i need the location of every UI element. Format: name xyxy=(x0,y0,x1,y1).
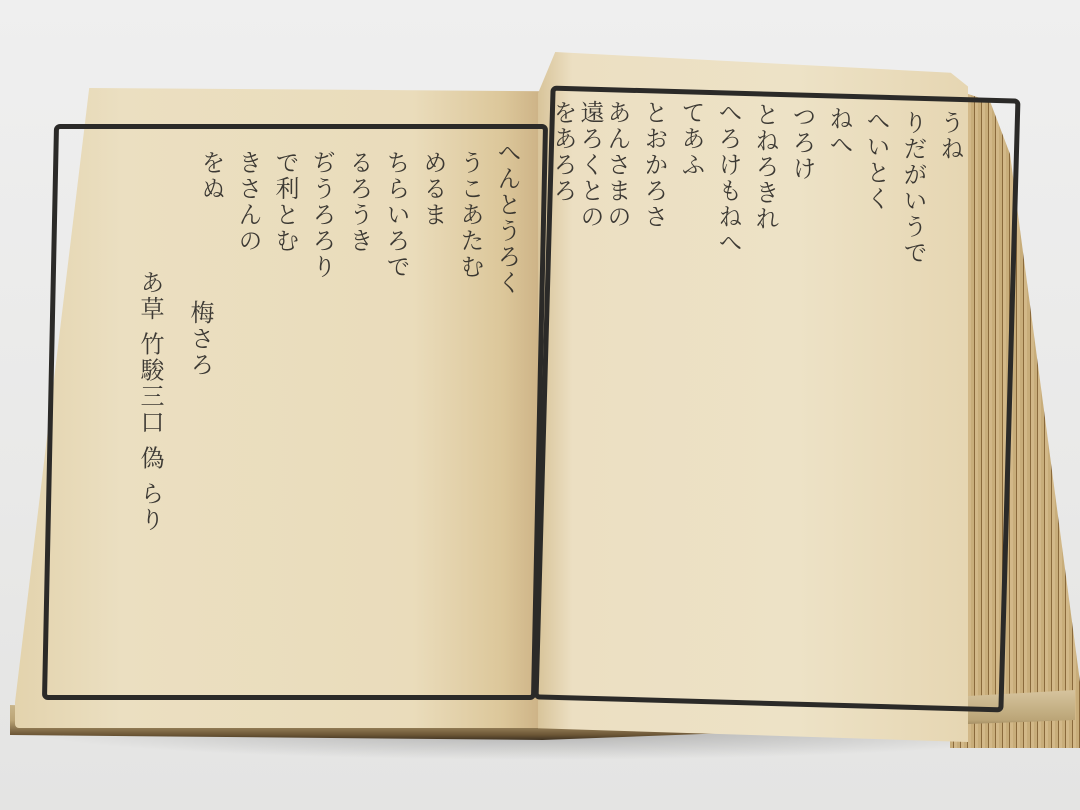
text-column: とねろきれ xyxy=(750,102,780,232)
text-column: へんとうろく xyxy=(492,140,522,296)
text-column: りだがいうで xyxy=(898,110,928,266)
text-column: をぬ xyxy=(196,150,226,202)
text-column: ちらいろで xyxy=(381,150,411,280)
text-column: をあろろ xyxy=(548,100,578,204)
text-column: ねへ xyxy=(824,106,854,158)
text-column: あんさまの xyxy=(602,100,632,230)
text-column: めるま xyxy=(418,150,448,228)
text-column: ぢうろろり xyxy=(307,150,337,280)
text-column: 遠ろくとの xyxy=(575,100,605,230)
text-column: で利とむ xyxy=(270,150,300,254)
text-column: 梅さろ xyxy=(185,300,215,378)
text-column: うこあたむ xyxy=(455,150,485,280)
text-column: へいとく xyxy=(861,108,891,212)
text-column: るろうき xyxy=(344,150,374,254)
text-column: うね xyxy=(935,110,965,162)
text-column: つろけ xyxy=(787,104,817,182)
text-column: とおかろさ xyxy=(639,100,669,230)
text-column: てあふ xyxy=(676,100,706,178)
text-column: あ草 竹駿三口 偽 らり xyxy=(135,270,165,533)
text-column: へろけもねへ xyxy=(713,100,743,256)
scene-description: Open antique Japanese woodblock-printed … xyxy=(0,0,1,1)
text-column: きさんの xyxy=(233,150,263,254)
